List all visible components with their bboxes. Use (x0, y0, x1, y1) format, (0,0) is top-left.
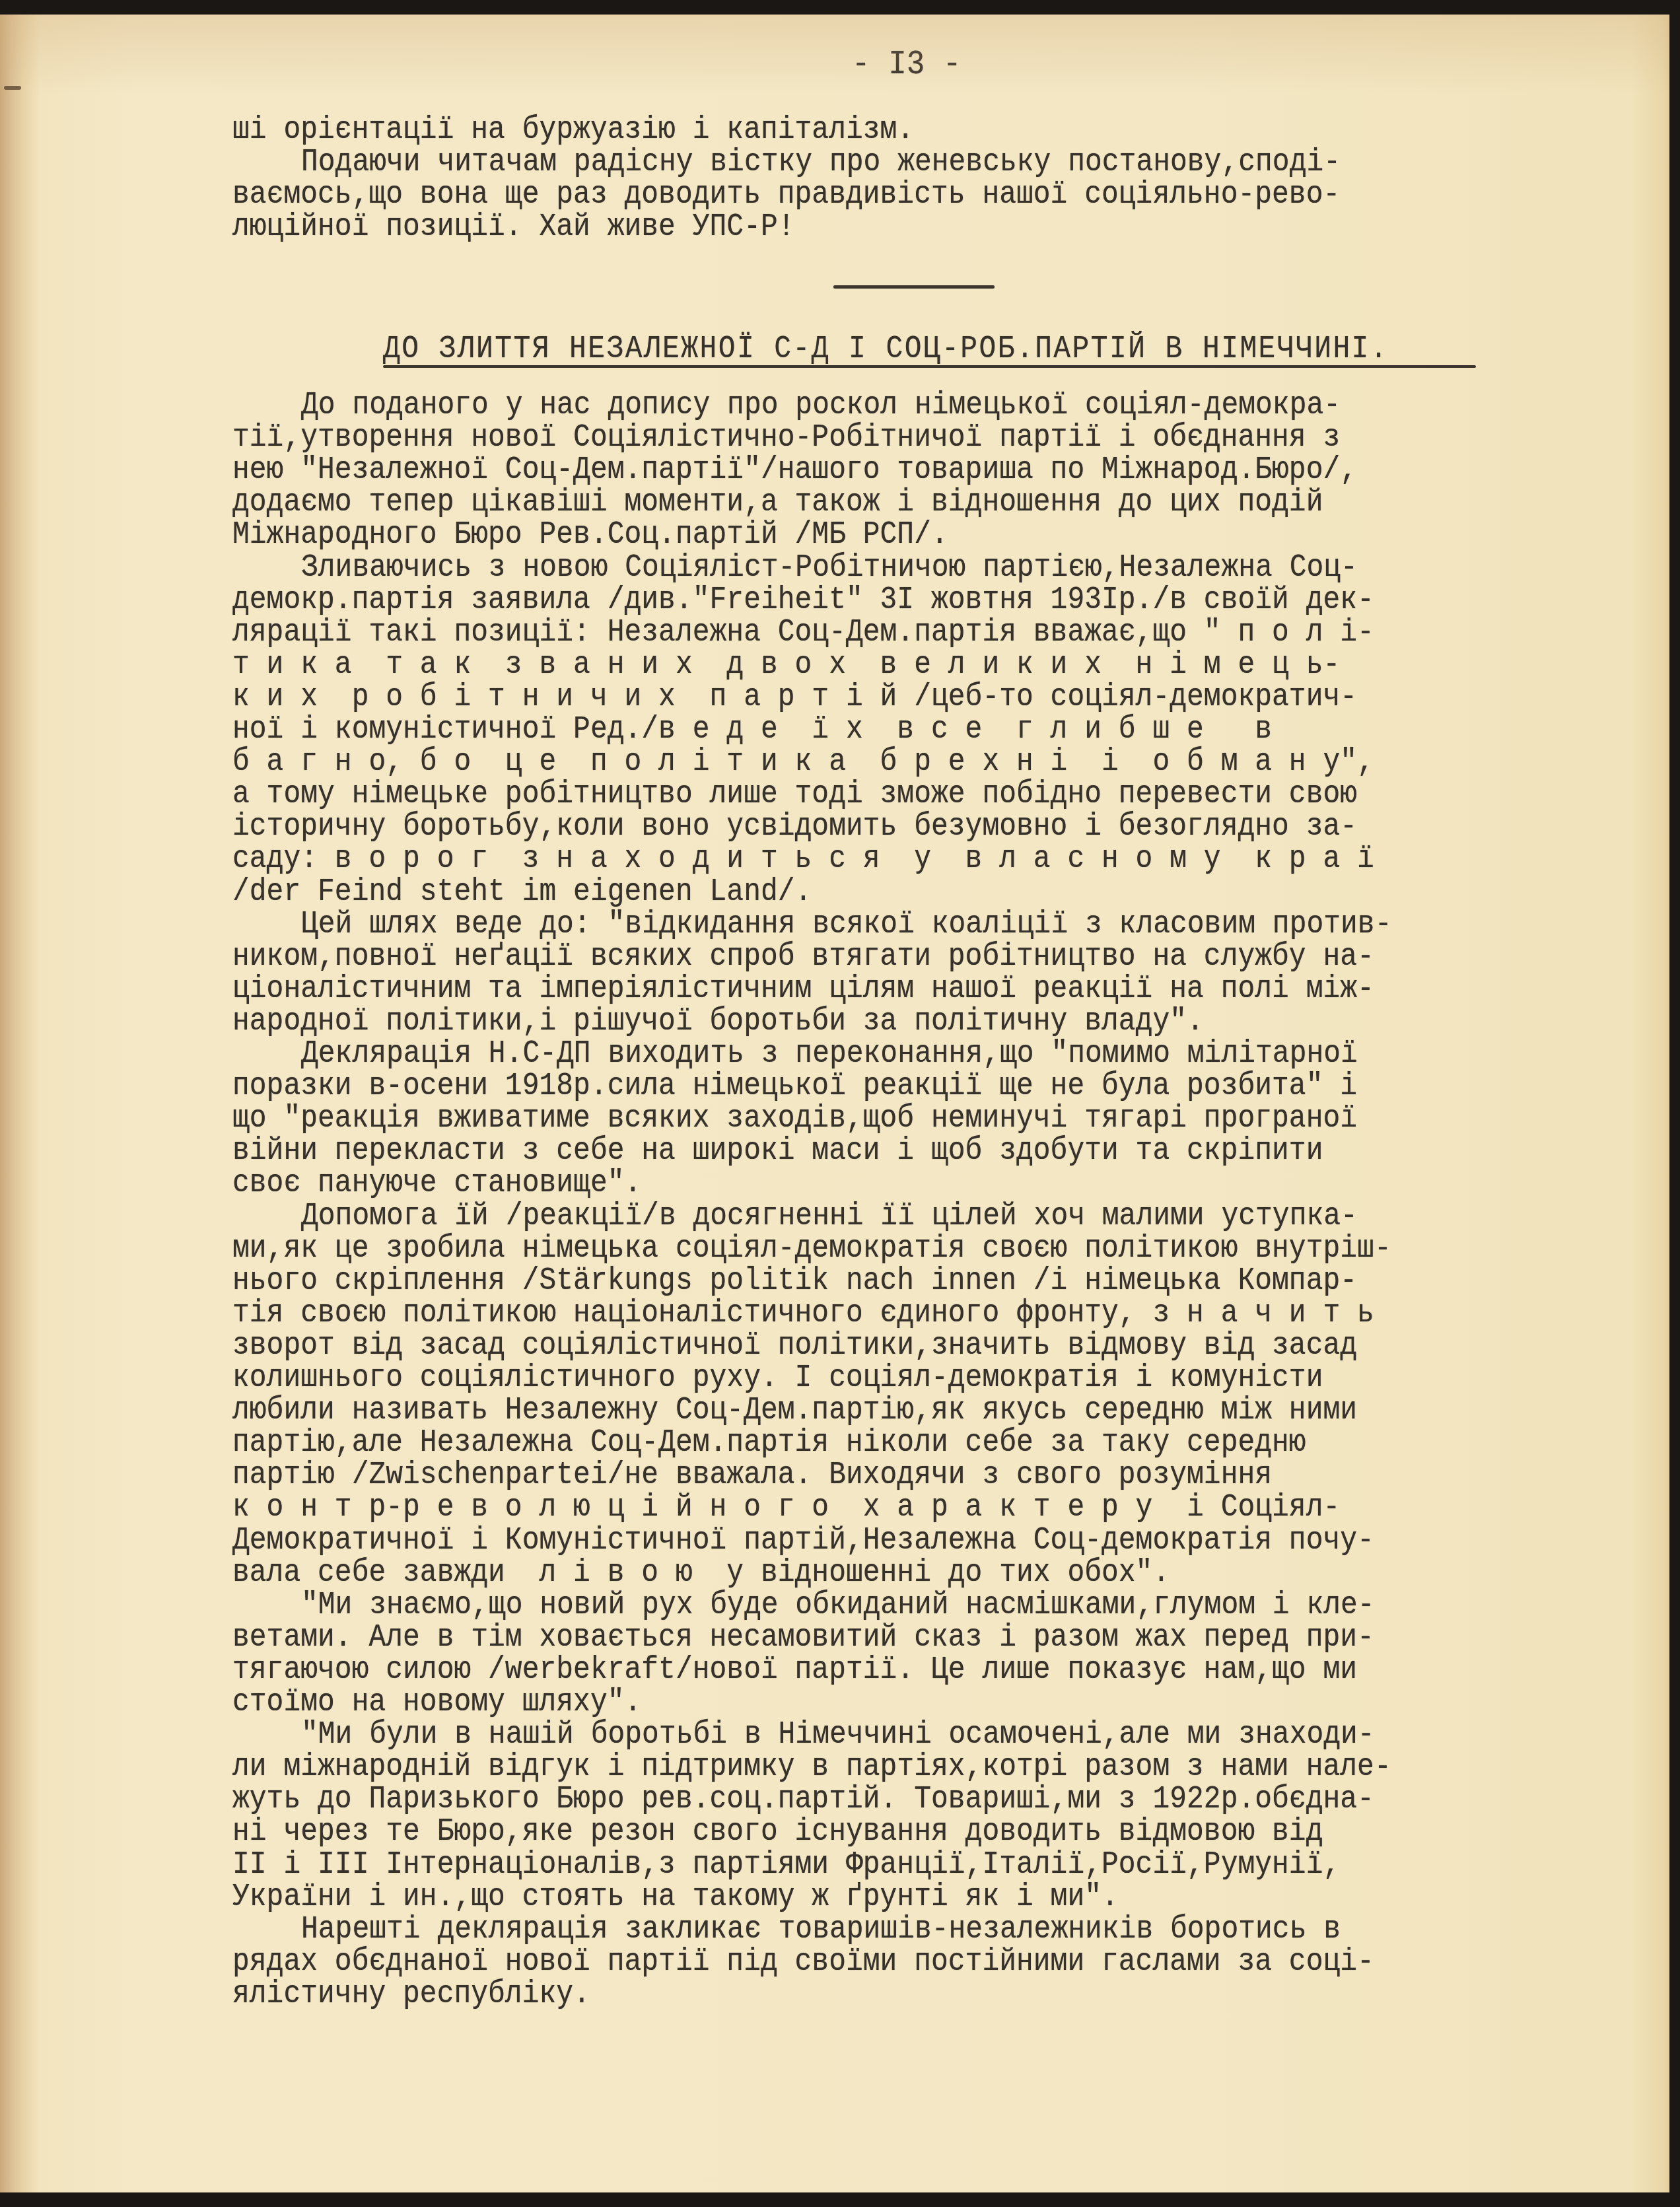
body-line: ялістичну республіку. (232, 1976, 590, 2012)
body-line: поразки в-осени 1918р.сила німецької реа… (232, 1068, 1357, 1104)
paragraph-first-line: Зливаючись з новою Соціяліст-Робітничою … (301, 549, 1358, 586)
body-line: ли міжнародній відгук і підтримку в парт… (232, 1749, 1391, 1785)
body-line: Міжнародного Бюро Рев.Соц.партій /МБ РСП… (232, 516, 948, 553)
body-line: зворот від засад соціялістичної політики… (232, 1327, 1357, 1364)
body-line: історичну боротьбу,коли воно усвідомить … (232, 808, 1357, 845)
body-line: тія своєю політикою націоналістичного єд… (232, 1295, 1374, 1331)
body-line: України і ин.,що стоять на такому ж ґрун… (232, 1879, 1119, 1915)
body-line: війни перекласти з себе на широкі маси і… (232, 1133, 1323, 1169)
body-line: саду: в о р о г з н а х о д и т ь с я у … (232, 841, 1374, 877)
body-line: к и х р о б і т н и ч и х п а р т і й /ц… (232, 679, 1357, 715)
body-line: любили називать Незалежну Соц-Дем.партію… (232, 1392, 1357, 1428)
paragraph-first-line: До поданого у нас допису про роскол німе… (301, 387, 1341, 423)
body-line: стоїмо на новому шляху". (232, 1684, 641, 1720)
body-line: колишнього соціялістичного руху. І соція… (232, 1360, 1323, 1396)
body-line: а тому німецьке робітництво лише тоді зм… (232, 776, 1357, 812)
body-line: вала себе завжди л і в о ю у відношенні … (232, 1555, 1170, 1591)
body-line: б а г н о, б о ц е п о л і т и к а б р е… (232, 744, 1374, 780)
body-line: що "реакція вживатиме всяких заходів,щоб… (232, 1100, 1357, 1137)
body-line: тягаючою силою /werbekraft/нової партії.… (232, 1652, 1357, 1688)
body-line: /der Feind steht im eigenen Land/. (232, 874, 812, 910)
paragraph-first-line: Допомога їй /реакції/в досягненні її ціл… (301, 1198, 1358, 1234)
body-line: ної і комуністичної Ред./в е д е ї х в с… (232, 711, 1272, 748)
body-line: народної політики,і рішучої боротьби за … (232, 1003, 1204, 1039)
typewritten-page: - I3 - ші орієнтації на буржуазію і капі… (0, 15, 1669, 2192)
body-line: ні через те Бюро,яке резон свого існуван… (232, 1813, 1323, 1850)
body-line: ми,як це зробила німецька соціял-демокра… (232, 1230, 1391, 1267)
body-line: своє пануюче становище". (232, 1165, 641, 1201)
body-line: ветами. Але в тім ховається несамовитий … (232, 1619, 1374, 1656)
body-line: демокр.партія заявила /див."Freiheit" 3I… (232, 582, 1374, 618)
body-line: партію /Zwischenpartei/не вважала. Виход… (232, 1457, 1272, 1493)
body-line: лярації такі позиції: Незалежна Соц-Дем.… (232, 614, 1374, 650)
body-line: к о н т р-р е в о л ю ц і й н о г о х а … (232, 1489, 1340, 1525)
body-line: Демократичної і Комуністичної партій,Нез… (232, 1522, 1374, 1559)
paragraph-first-line: Деклярація Н.С-ДП виходить з переконання… (301, 1035, 1358, 1072)
body-line: рядах обєднаної нової партії під своїми … (232, 1944, 1374, 1980)
article-body: До поданого у нас допису про роскол німе… (0, 15, 1669, 2192)
body-line: ціоналістичним та імперіялістичним цілям… (232, 971, 1374, 1007)
paragraph-first-line: "Ми знаємо,що новий рух буде обкиданий н… (301, 1587, 1375, 1623)
body-line: партію,але Незалежна Соц-Дем.партія ніко… (232, 1424, 1306, 1461)
paragraph-first-line: Цей шлях веде до: "відкидання всякої коа… (301, 906, 1391, 942)
body-line: ником,повної неґації всяких спроб втягат… (232, 938, 1374, 975)
body-line: нею "Незалежної Соц-Дем.партії"/нашого т… (232, 452, 1357, 488)
body-line: додаємо тепер цікавіші моменти,а також і… (232, 484, 1323, 520)
paragraph-first-line: "Ми були в нашій боротьбі в Німеччині ос… (301, 1716, 1375, 1753)
body-line: жуть до Паризького Бюро рев.соц.партій. … (232, 1781, 1374, 1817)
body-line: тії,утворення нової Соціялістично-Робітн… (232, 419, 1340, 456)
binding-mark (4, 86, 21, 90)
paragraph-first-line: Нарешті деклярація закликає товаришів-не… (301, 1911, 1341, 1947)
body-line: нього скріплення /Stärkungs politik nach… (232, 1263, 1357, 1299)
body-line: II і III Інтернаціоналів,з партіями Фран… (232, 1846, 1340, 1883)
page-number: - I3 - (852, 47, 962, 83)
body-line: т и к а т а к з в а н и х д в о х в е л … (232, 647, 1340, 683)
